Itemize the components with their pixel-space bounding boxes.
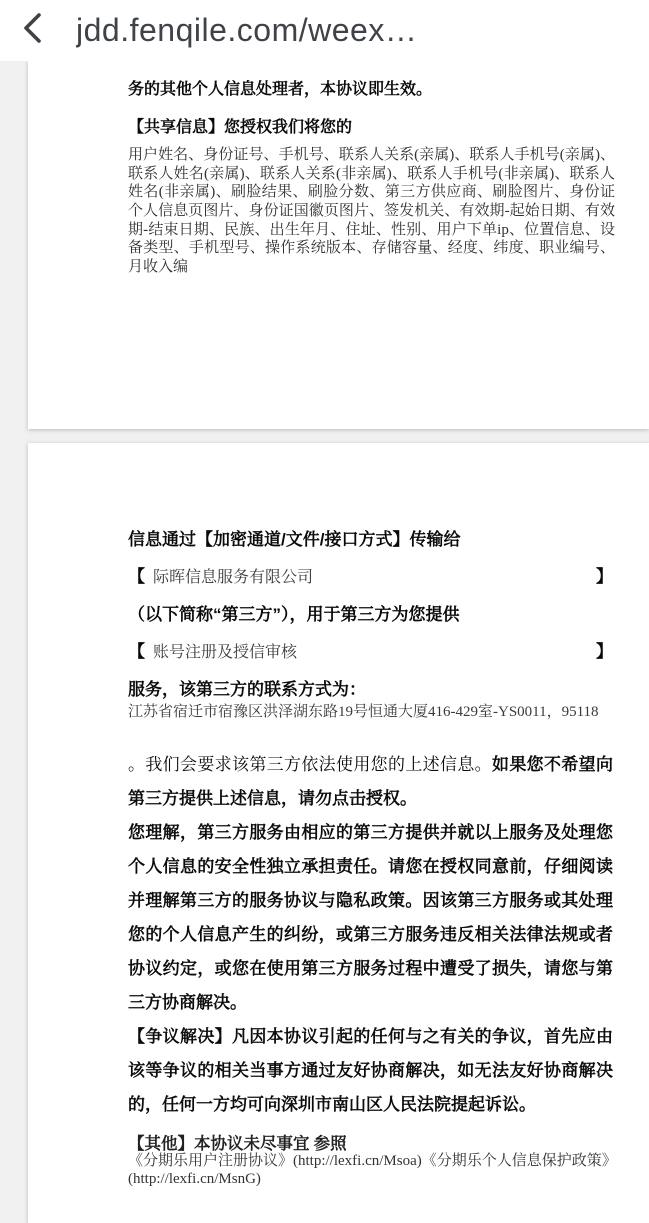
- service-scope: 账号注册及授信审核: [145, 644, 596, 662]
- usage-notice-normal: 。我们会要求该第三方依法使用您的上述信息。: [128, 755, 492, 774]
- liability-paragraph: 您理解，第三方服务由相应的第三方提供并就以上服务及处理您个人信息的安全性独立承担…: [128, 816, 613, 1020]
- contact-method-heading: 服务，该第三方的联系方式为：: [128, 681, 613, 699]
- page-1-content: 务的其他个人信息处理者，本协议即生效。 【共享信息】您授权我们将您的 用户姓名、…: [28, 61, 649, 276]
- agreement-effect-line: 务的其他个人信息处理者，本协议即生效。: [128, 78, 615, 101]
- close-bracket: 】: [596, 643, 613, 661]
- third-party-address: 江苏省宿迁市宿豫区洪泽湖东路19号恒通大厦416-429室-YS0011，951…: [128, 702, 613, 722]
- address-bar-url[interactable]: jdd.fenqile.com/weex…: [76, 12, 417, 49]
- close-bracket: 】: [596, 568, 613, 586]
- shared-info-heading: 【共享信息】您授权我们将您的: [128, 114, 615, 137]
- document-page-2: 信息通过【加密通道/文件/接口方式】传输给 【 际晖信息服务有限公司 】 （以下…: [28, 443, 649, 1135]
- back-button[interactable]: [0, 0, 64, 61]
- third-party-name: 际晖信息服务有限公司: [145, 569, 596, 587]
- third-party-alias-line: （以下简称“第三方”），用于第三方为您提供: [128, 606, 613, 624]
- open-bracket: 【: [128, 568, 145, 586]
- service-scope-row: 【 账号注册及授信审核 】: [128, 643, 613, 662]
- dispute-resolution-paragraph: 【争议解决】凡因本协议引起的任何与之有关的争议，首先应由该等争议的相关当事方通过…: [128, 1020, 613, 1122]
- page-2-content: 信息通过【加密通道/文件/接口方式】传输给 【 际晖信息服务有限公司 】 （以下…: [28, 443, 649, 1135]
- shared-info-list: 用户姓名、身份证号、手机号、联系人关系(亲属)、联系人手机号(亲属)、联系人姓名…: [128, 146, 615, 276]
- transfer-method-line: 信息通过【加密通道/文件/接口方式】传输给: [128, 531, 613, 549]
- document-page-1: 务的其他个人信息处理者，本协议即生效。 【共享信息】您授权我们将您的 用户姓名、…: [28, 61, 649, 429]
- open-bracket: 【: [128, 643, 145, 661]
- third-party-name-row: 【 际晖信息服务有限公司 】: [128, 568, 613, 587]
- back-chevron-icon: [20, 11, 44, 50]
- usage-notice-paragraph: 。我们会要求该第三方依法使用您的上述信息。如果您不希望向第三方提供上述信息，请勿…: [128, 748, 613, 816]
- browser-header: jdd.fenqile.com/weex…: [0, 0, 649, 61]
